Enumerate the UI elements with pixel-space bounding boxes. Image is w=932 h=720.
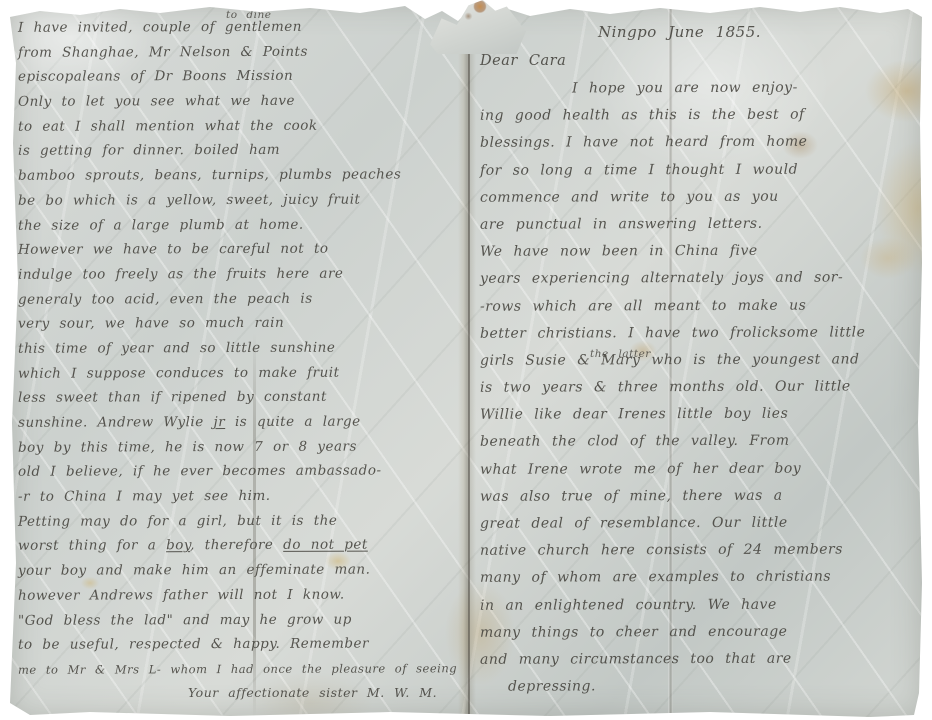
left-page: to dine I have invited, couple of gentle… bbox=[18, 15, 468, 704]
manuscript-line: many things to cheer and encourage bbox=[480, 618, 918, 647]
manuscript-line: and many circumstances too that are bbox=[480, 645, 918, 674]
manuscript-line: to eat I shall mention what the cook bbox=[18, 113, 468, 139]
right-page-body: I hope you are now enjoy-ing good health… bbox=[480, 75, 918, 700]
manuscript-line: in an enlightened country. We have bbox=[480, 591, 918, 620]
manuscript-line: years experiencing alternately joys and … bbox=[480, 265, 918, 294]
manuscript-line: boy by this time, he is now 7 or 8 years bbox=[18, 434, 468, 460]
manuscript-line: native church here consists of 24 member… bbox=[480, 536, 918, 565]
manuscript-line: better christians. I have two frolicksom… bbox=[480, 319, 918, 348]
manuscript-line: I hope you are now enjoy- bbox=[480, 74, 918, 103]
letter-paper: to dine I have invited, couple of gentle… bbox=[10, 3, 922, 717]
right-page: Ningpo June 1855. Dear Cara the latter I… bbox=[480, 17, 918, 700]
signature-line: Your affectionate sister M. W. M. bbox=[188, 682, 468, 704]
manuscript-line: Willie like dear Irenes little boy lies bbox=[480, 400, 918, 429]
manuscript-line: girls Susie & Mary who is the youngest a… bbox=[480, 346, 918, 375]
manuscript-line: great deal of resemblance. Our little bbox=[480, 509, 918, 538]
manuscript-line: what Irene wrote me of her dear boy bbox=[480, 455, 918, 484]
center-fold-line bbox=[468, 9, 470, 715]
manuscript-line: are punctual in answering letters. bbox=[480, 210, 918, 239]
manuscript-line: very sour, we have so much rain bbox=[18, 310, 468, 336]
salutation: Dear Cara bbox=[480, 47, 918, 75]
manuscript-line: be bo which is a yellow, sweet, juicy fr… bbox=[18, 187, 468, 213]
manuscript-line: indulge too freely as the fruits here ar… bbox=[18, 261, 468, 287]
manuscript-line: less sweet than if ripened by constant bbox=[18, 385, 468, 411]
manuscript-line: to be useful, respected & happy. Remembe… bbox=[18, 631, 468, 657]
manuscript-line: however Andrews father will not I know. bbox=[18, 582, 468, 608]
manuscript-line: blessings. I have not heard from home bbox=[480, 129, 918, 158]
letter-scan-background: to dine I have invited, couple of gentle… bbox=[0, 0, 932, 720]
manuscript-line: ing good health as this is the best of bbox=[480, 101, 918, 130]
manuscript-line: episcopaleans of Dr Boons Mission bbox=[18, 64, 468, 90]
manuscript-line: from Shanghae, Mr Nelson & Points bbox=[18, 39, 468, 65]
manuscript-line: worst thing for a boy, therefore do not … bbox=[18, 533, 468, 559]
dateline: Ningpo June 1855. bbox=[598, 17, 918, 47]
manuscript-line: -rows which are all meant to make us bbox=[480, 292, 918, 321]
manuscript-line: "God bless the lad" and may he grow up bbox=[18, 607, 468, 633]
manuscript-line: many of whom are examples to christians bbox=[480, 564, 918, 593]
torn-paper-flap bbox=[430, 0, 526, 54]
manuscript-line: the size of a large plumb at home. bbox=[18, 212, 468, 238]
manuscript-line: is getting for dinner. boiled ham bbox=[18, 138, 468, 164]
manuscript-line: generaly too acid, even the peach is bbox=[18, 286, 468, 312]
left-page-body: I have invited, couple of gentlemenfrom … bbox=[18, 15, 468, 682]
manuscript-line: which I suppose conduces to make fruit bbox=[18, 360, 468, 386]
manuscript-line: commence and write to you as you bbox=[480, 183, 918, 212]
manuscript-line: for so long a time I thought I would bbox=[480, 156, 918, 185]
manuscript-line: bamboo sprouts, beans, turnips, plumbs p… bbox=[18, 162, 468, 188]
manuscript-line: Petting may do for a girl, but it is the bbox=[18, 508, 468, 534]
manuscript-line: your boy and make him an effeminate man. bbox=[18, 557, 468, 583]
manuscript-line: -r to China I may yet see him. bbox=[18, 483, 468, 509]
manuscript-line: was also true of mine, there was a bbox=[480, 482, 918, 511]
manuscript-line: this time of year and so little sunshine bbox=[18, 335, 468, 361]
manuscript-line: beneath the clod of the valley. From bbox=[480, 428, 918, 457]
manuscript-line: old I believe, if he ever becomes ambass… bbox=[18, 459, 468, 485]
manuscript-line: We have now been in China five bbox=[480, 237, 918, 266]
manuscript-line: is two years & three months old. Our lit… bbox=[480, 373, 918, 402]
manuscript-line: me to Mr & Mrs L- whom I had once the pl… bbox=[18, 656, 468, 682]
manuscript-line: sunshine. Andrew Wylie jr is quite a lar… bbox=[18, 409, 468, 435]
manuscript-line: However we have to be careful not to bbox=[18, 236, 468, 262]
manuscript-line: Only to let you see what we have bbox=[18, 88, 468, 114]
manuscript-line: I have invited, couple of gentlemen bbox=[18, 14, 468, 40]
manuscript-line: depressing. bbox=[480, 672, 918, 701]
